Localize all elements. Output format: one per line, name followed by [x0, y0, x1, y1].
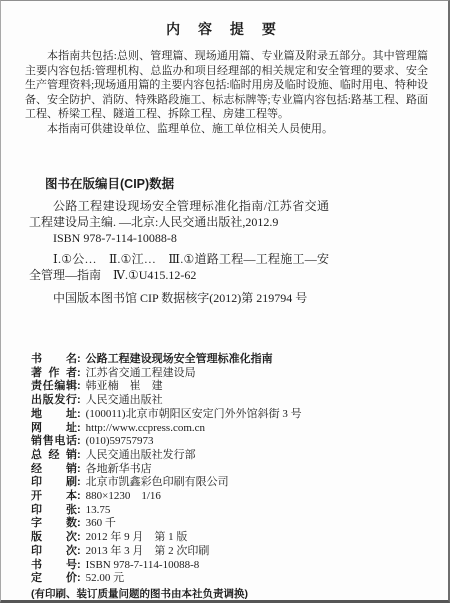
- colon: :: [77, 408, 81, 420]
- row-isbn: 书号:ISBN 978-7-114-10088-8: [31, 559, 434, 573]
- row-format: 开本:880×1230 1/16: [31, 490, 434, 504]
- value: 北京市凯鑫彩色印刷有限公司: [86, 476, 229, 488]
- value: 人民交通出版社: [86, 394, 163, 406]
- cip-heading: 图书在版编目(CIP)数据: [45, 176, 329, 192]
- row-author: 著作者:江苏省交通工程建设局: [31, 367, 434, 381]
- colon: :: [77, 449, 81, 461]
- value: 韩亚楠 崔 建: [86, 380, 163, 392]
- book-copyright-page: 内 容 提 要 本指南共包括:总则、管理篇、现场通用篇、专业篇及附录五部分。其中…: [0, 0, 450, 603]
- content-summary: 本指南共包括:总则、管理篇、现场通用篇、专业篇及附录五部分。其中管理篇主要内容包…: [25, 49, 428, 136]
- quality-exchange-note: (有印刷、装订质量问题的图书由本社负责调换): [31, 588, 434, 602]
- label: 责任编辑: [31, 380, 77, 394]
- row-price: 定价:52.00 元: [31, 572, 434, 586]
- label: 字数: [31, 517, 77, 531]
- cip-record-number: 中国版本图书馆 CIP 数据核字(2012)第 219794 号: [29, 290, 329, 306]
- value: 公路工程建设现场安全管理标准化指南: [86, 353, 273, 365]
- label: 经销: [31, 463, 77, 477]
- summary-paragraph-2: 本指南可供建设单位、监理单位、施工单位相关人员使用。: [25, 122, 428, 137]
- value: 13.75: [86, 504, 111, 516]
- cip-classification: Ⅰ.①公… Ⅱ.①江… Ⅲ.①道路工程—工程施工—安全管理—指南 Ⅳ.①U415…: [29, 251, 329, 283]
- colon: :: [77, 517, 81, 529]
- label: 定价: [31, 572, 77, 586]
- colon: :: [77, 476, 81, 488]
- cip-entry: 公路工程建设现场安全管理标准化指南/江苏省交通工程建设局主编. —北京:人民交通…: [29, 198, 329, 230]
- cip-isbn: ISBN 978-7-114-10088-8: [29, 230, 329, 246]
- row-editor: 责任编辑:韩亚楠 崔 建: [31, 380, 434, 394]
- colon: :: [77, 572, 81, 584]
- row-distributor: 经销:各地新华书店: [31, 463, 434, 477]
- row-sheets: 印张:13.75: [31, 504, 434, 518]
- content-summary-heading: 内 容 提 要: [1, 19, 448, 39]
- value: (100011)北京市朝阳区安定门外外馆斜街 3 号: [86, 408, 302, 420]
- label: 印次: [31, 545, 77, 559]
- label: 印刷: [31, 476, 77, 490]
- label: 书名: [31, 353, 77, 367]
- value: 360 千: [86, 517, 116, 529]
- colon: :: [77, 394, 81, 406]
- value: (010)59757973: [86, 435, 154, 447]
- label: 地址: [31, 408, 77, 422]
- row-word-count: 字数:360 千: [31, 517, 434, 531]
- value: 880×1230 1/16: [86, 490, 161, 502]
- value: 人民交通出版社发行部: [86, 449, 196, 461]
- value: 2012 年 9 月 第 1 版: [86, 531, 188, 543]
- colon: :: [77, 463, 81, 475]
- value: 2013 年 3 月 第 2 次印刷: [86, 545, 210, 557]
- row-printing: 印次:2013 年 3 月 第 2 次印刷: [31, 545, 434, 559]
- row-general-distributor: 总经销:人民交通出版社发行部: [31, 449, 434, 463]
- row-sales-phone: 销售电话:(010)59757973: [31, 435, 434, 449]
- row-book-title: 书名:公路工程建设现场安全管理标准化指南: [31, 353, 434, 367]
- colon: :: [77, 435, 81, 447]
- value: http://www.ccpress.com.cn: [86, 422, 205, 434]
- colon: :: [77, 367, 81, 379]
- label: 总经销: [31, 449, 77, 463]
- label: 出版发行: [31, 394, 77, 408]
- label: 著作者: [31, 367, 77, 381]
- publication-info-list: 书名:公路工程建设现场安全管理标准化指南 著作者:江苏省交通工程建设局 责任编辑…: [31, 353, 434, 602]
- colon: :: [77, 504, 81, 516]
- colon: :: [77, 422, 81, 434]
- row-address: 地址:(100011)北京市朝阳区安定门外外馆斜街 3 号: [31, 408, 434, 422]
- colon: :: [77, 380, 81, 392]
- colon: :: [77, 531, 81, 543]
- colon: :: [77, 353, 81, 365]
- value: ISBN 978-7-114-10088-8: [86, 559, 200, 571]
- colon: :: [77, 545, 81, 557]
- value: 52.00 元: [86, 572, 125, 584]
- row-printer: 印刷:北京市凯鑫彩色印刷有限公司: [31, 476, 434, 490]
- row-edition: 版次:2012 年 9 月 第 1 版: [31, 531, 434, 545]
- label: 书号: [31, 559, 77, 573]
- summary-paragraph-1: 本指南共包括:总则、管理篇、现场通用篇、专业篇及附录五部分。其中管理篇主要内容包…: [25, 49, 428, 122]
- label: 印张: [31, 504, 77, 518]
- label: 销售电话: [31, 435, 77, 449]
- label: 版次: [31, 531, 77, 545]
- row-publisher: 出版发行:人民交通出版社: [31, 394, 434, 408]
- value: 各地新华书店: [86, 463, 152, 475]
- row-website: 网址:http://www.ccpress.com.cn: [31, 422, 434, 436]
- label: 开本: [31, 490, 77, 504]
- value: 江苏省交通工程建设局: [86, 367, 196, 379]
- label: 网址: [31, 422, 77, 436]
- colon: :: [77, 559, 81, 571]
- colon: :: [77, 490, 81, 502]
- cip-data-block: 图书在版编目(CIP)数据 公路工程建设现场安全管理标准化指南/江苏省交通工程建…: [29, 176, 329, 306]
